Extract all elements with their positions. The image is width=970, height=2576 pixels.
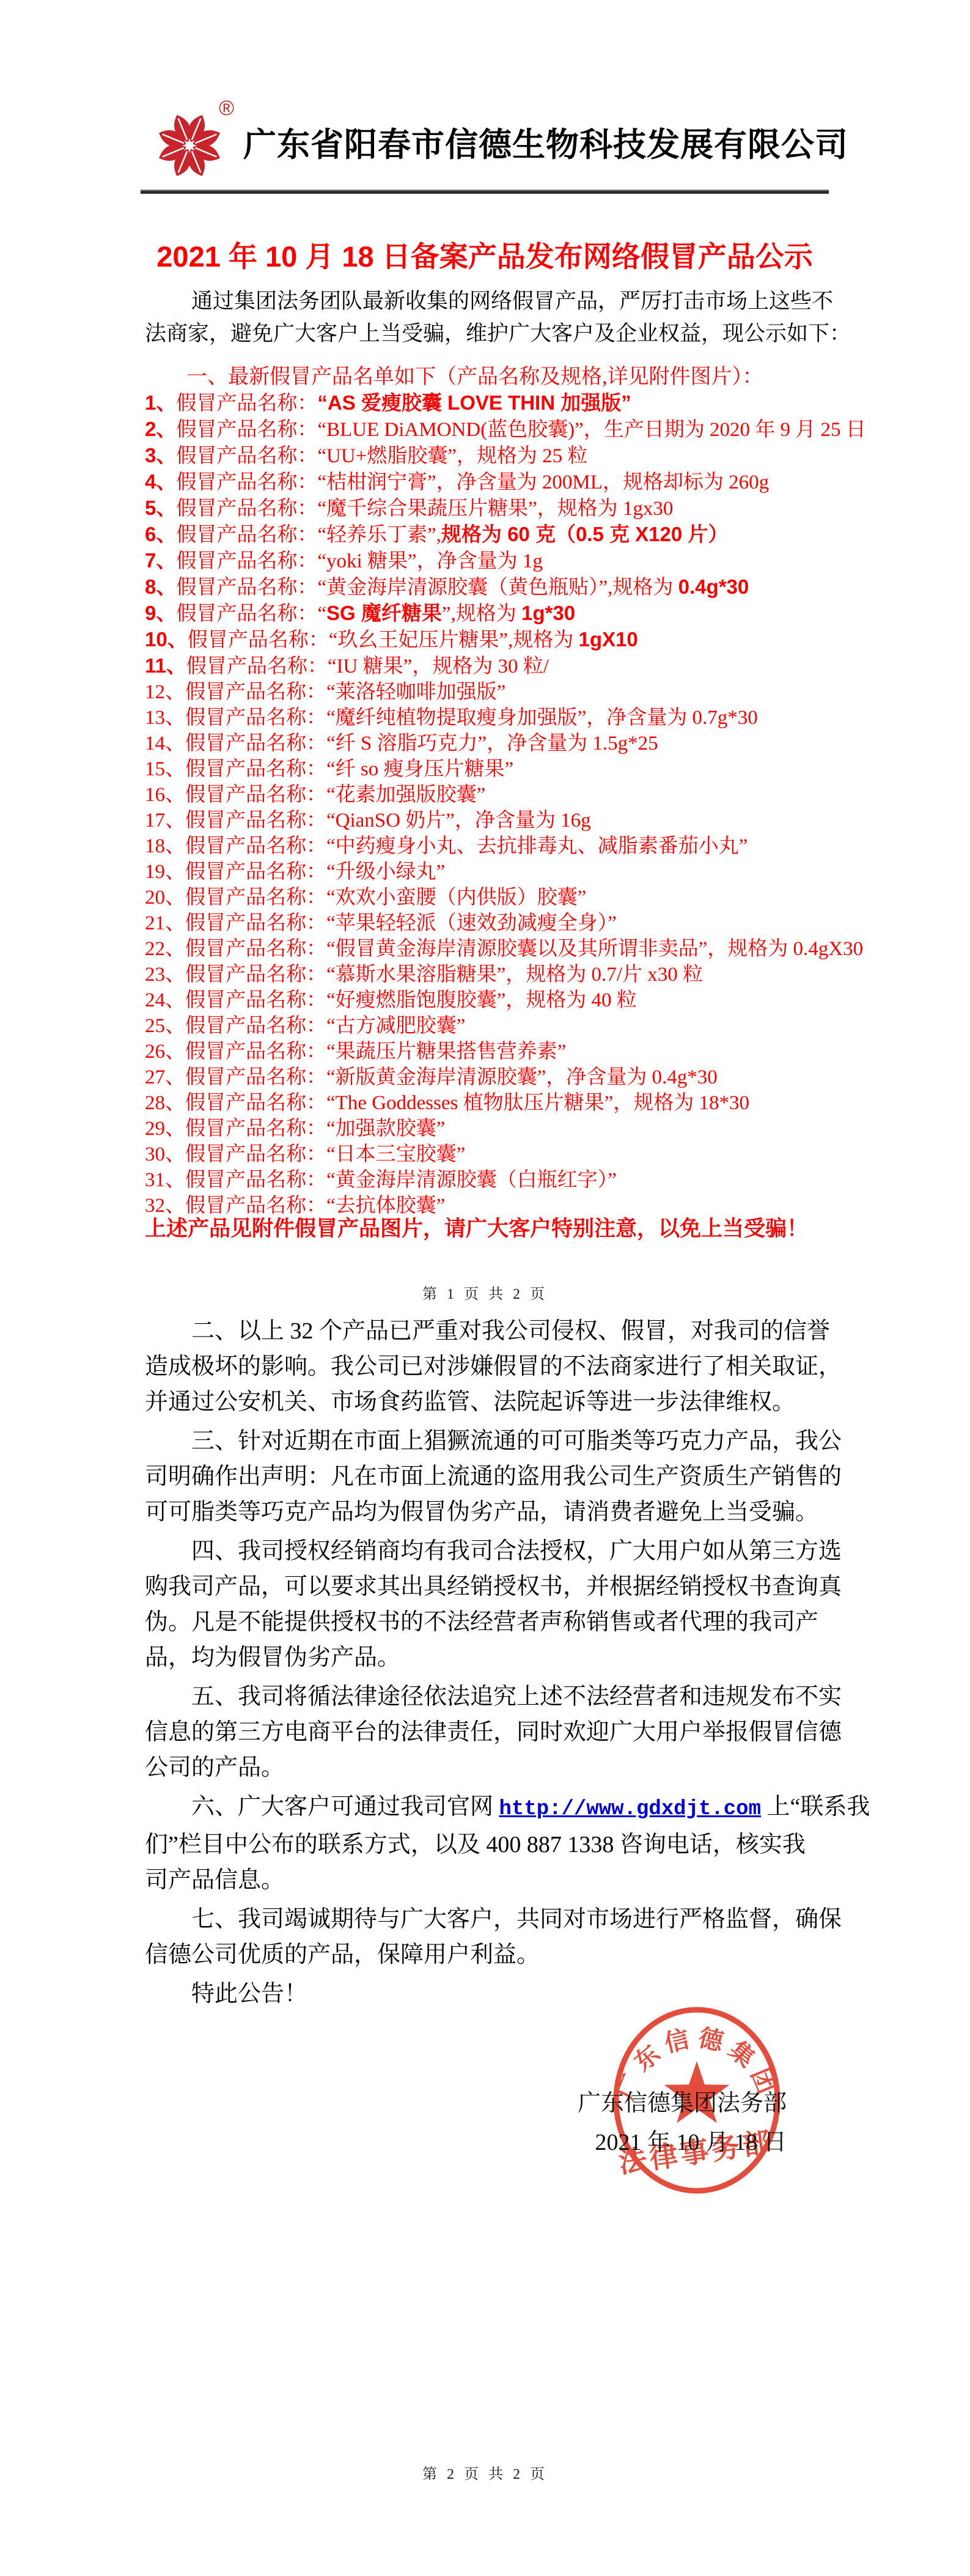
list-item: 21、假冒产品名称：“苹果轻轻派（速效劲减瘦全身）”	[145, 910, 832, 936]
paragraph-text: 司产品信息。	[145, 1867, 284, 1893]
paragraph-text: 二、以上 32 个产品已严重对我公司侵权、假冒，对我司的信誉	[191, 1318, 830, 1344]
list-item-number: 16、	[145, 784, 185, 806]
list-item: 12、假冒产品名称：“莱洛轻咖啡加强版”	[145, 679, 832, 705]
list-item: 26、假冒产品名称：“果蔬压片糖果搭售营养素”	[145, 1039, 832, 1065]
list-item-text: 假冒产品名称：“假冒黄金海岸清源胶囊以及其所谓非卖品”，规格为 0.4gX30	[185, 938, 863, 960]
list-item: 11、假冒产品名称：“IU 糖果”，规格为 30 粒/	[145, 653, 832, 679]
list-item: 24、假冒产品名称：“好瘦燃脂饱腹胶囊”，规格为 40 粒	[145, 987, 832, 1013]
list-item-number: 30、	[145, 1143, 185, 1165]
list-item: 5、假冒产品名称：“魔千综合果蔬压片糖果”，规格为 1gx30	[145, 495, 832, 522]
list-item-number: 22、	[145, 938, 185, 960]
list-item-number: 15、	[145, 758, 185, 780]
list-item: 28、假冒产品名称：“The Goddesses 植物肽压片糖果”，规格为 18…	[145, 1090, 832, 1116]
list-item-number: 9、	[145, 602, 176, 624]
list-item: 4、假冒产品名称：“桔柑润宁膏”，净含量为 200ML，规格却标为 260g	[145, 469, 832, 495]
list-item-number: 12、	[145, 681, 185, 703]
paragraph-text: 特此公告！	[191, 1981, 307, 2007]
list-item-number: 4、	[145, 470, 176, 493]
list-item: 8、假冒产品名称：“黄金海岸清源胶囊（黄色瓶贴）”,规格为 0.4g*30	[145, 574, 832, 600]
list-item-text: 假冒产品名称：“慕斯水果溶脂糖果”，规格为 0.7/片 x30 粒	[185, 964, 703, 986]
page1-footer: 第 1 页 共 2 页	[0, 1282, 970, 1303]
list-item-text: 假冒产品名称：“纤 so 瘦身压片糖果”	[185, 758, 513, 780]
list-item-text: 假冒产品名称：“纤 S 溶脂巧克力”，净含量为 1.5g*25	[185, 733, 658, 755]
paragraph-text: 上“联系我	[761, 1794, 870, 1820]
intro-line-2: 法商家，避免广大客户上当受骗，维护广大客户及企业权益，现公示如下：	[145, 317, 831, 350]
list-item-text: 假冒产品名称：“欢欢小蛮腰（内供版）胶囊”	[185, 887, 586, 909]
list-item-number: 8、	[145, 575, 176, 598]
list-item-number: 21、	[145, 912, 185, 934]
list-item: 2、假冒产品名称：“BLUE DiAMOND(蓝色胶囊)”，生产日期为 2020…	[145, 416, 832, 443]
list-item-text: 假冒产品名称：“The Goddesses 植物肽压片糖果”，规格为 18*30	[185, 1092, 749, 1114]
list-item: 13、假冒产品名称：“魔纤纯植物提取瘦身加强版”，净含量为 0.7g*30	[145, 705, 832, 731]
list-item: 6、假冒产品名称：“轻养乐丁素”,规格为 60 克（0.5 克 X120 片）	[145, 522, 832, 548]
list-item-text: 1gX10	[579, 628, 638, 651]
paragraph: 六、广大客户可通过我司官网 http://www.gdxdjt.com 上“联系…	[145, 1789, 831, 1898]
list-item-number: 23、	[145, 964, 185, 986]
list-item-text: “AS 爱瘦胶囊 LOVE THIN 加强版”	[317, 391, 631, 414]
list-item-text: 假冒产品名称：“黄金海岸清源胶囊（白瓶红字）”	[185, 1169, 617, 1191]
paragraph-text: 信息的第三方电商平台的法律责任，同时欢迎广大用户举报假冒信德	[145, 1719, 842, 1745]
paragraph-text: 四、我司授权经销商均有我司合法授权，广大用户如从第三方选	[191, 1538, 842, 1564]
list-item-text: 假冒产品名称：“古方减肥胶囊”	[185, 1015, 465, 1037]
list-item-number: 17、	[145, 810, 185, 832]
list-item-text: 假冒产品名称：“果蔬压片糖果搭售营养素”	[185, 1041, 566, 1063]
list-item-number: 1、	[145, 391, 176, 414]
list-item-text: 假冒产品名称：“轻养乐丁素”,	[176, 524, 441, 546]
page2-paragraphs: 二、以上 32 个产品已严重对我公司侵权、假冒，对我司的信誉造成极坏的影响。我公…	[145, 1313, 831, 2015]
paragraph-text: 三、针对近期在市面上猖獗流通的可可脂类等巧克力产品，我公	[191, 1428, 842, 1454]
signature-dept: 广东信德集团法务部	[578, 2084, 787, 2117]
list-item-number: 11、	[145, 654, 186, 677]
list-item-text: 假冒产品名称：“QianSO 奶片”，净含量为 16g	[185, 810, 591, 832]
paragraph-text: 可可脂类等巧克产品均为假冒伪劣产品，请消费者避免上当受骗。	[145, 1499, 818, 1525]
fake-product-list: 1、假冒产品名称：“AS 爱瘦胶囊 LOVE THIN 加强版”2、假冒产品名称…	[145, 390, 832, 1219]
list-item-text: 假冒产品名称：“玖幺王妃压片糖果”,规格为	[188, 629, 579, 651]
notice-title: 2021 年 10 月 18 日备案产品发布网络假冒产品公示	[139, 234, 830, 275]
paragraph-text: 并通过公安机关、市场食药监管、法院起诉等进一步法律维权。	[145, 1389, 795, 1415]
list-item-number: 28、	[145, 1092, 185, 1114]
paragraph-text: 公司的产品。	[145, 1755, 284, 1781]
list-item-number: 31、	[145, 1169, 185, 1191]
list-item-number: 20、	[145, 887, 185, 909]
list-item-text: 假冒产品名称：“日本三宝胶囊”	[185, 1143, 465, 1165]
list-item-number: 26、	[145, 1041, 185, 1063]
list-item: 31、假冒产品名称：“黄金海岸清源胶囊（白瓶红字）”	[145, 1167, 832, 1193]
paragraph: 四、我司授权经销商均有我司合法授权，广大用户如从第三方选购我司产品，可以要求其出…	[145, 1533, 831, 1675]
list-item-number: 24、	[145, 989, 185, 1011]
paragraph-text: 七、我司竭诚期待与广大客户，共同对市场进行严格监督，确保	[191, 1906, 842, 1932]
list-item-number: 3、	[145, 444, 176, 467]
paragraph: 二、以上 32 个产品已严重对我公司侵权、假冒，对我司的信誉造成极坏的影响。我公…	[145, 1313, 831, 1420]
paragraph-text: 们”栏目中公布的联系方式，以及 400 887 1338 咨询电话，核实我	[145, 1832, 806, 1858]
signature-date: 2021 年 10 月 18 日	[595, 2123, 787, 2157]
list-item: 9、假冒产品名称：“SG 魔纤糖果”,规格为 1g*30	[145, 600, 832, 627]
list-item: 23、假冒产品名称：“慕斯水果溶脂糖果”，规格为 0.7/片 x30 粒	[145, 962, 832, 987]
list-item: 3、假冒产品名称：“UU+燃脂胶囊”，规格为 25 粒	[145, 443, 832, 469]
list-item-text: 假冒产品名称：“IU 糖果”，规格为 30 粒/	[186, 655, 549, 677]
list-item-text: 假冒产品名称：“加强款胶囊”	[185, 1118, 445, 1140]
paragraph-text: 伪。凡是不能提供授权书的不法经营者声称销售或者代理的我司产	[145, 1609, 818, 1635]
company-flower-logo-icon	[155, 109, 224, 180]
list-item: 15、假冒产品名称：“纤 so 瘦身压片糖果”	[145, 756, 832, 782]
list-item-number: 18、	[145, 835, 185, 857]
list-item-number: 25、	[145, 1015, 185, 1037]
list-item: 25、假冒产品名称：“古方减肥胶囊”	[145, 1013, 832, 1039]
list-item-number: 19、	[145, 861, 185, 883]
paragraph-text: 购我司产品，可以要求其出具经销授权书，并根据经销授权书查询真	[145, 1574, 842, 1600]
paragraph-text: 司明确作出声明：凡在市面上流通的盗用我公司生产资质生产销售的	[145, 1464, 842, 1489]
list-heading: 一、最新假冒产品名单如下（产品名称及规格,详见附件图片）：	[145, 360, 831, 389]
list-item-text: SG 魔纤糖果	[326, 602, 442, 624]
registered-trademark-icon: ®	[219, 97, 234, 120]
list-item: 17、假冒产品名称：“QianSO 奶片”，净含量为 16g	[145, 808, 832, 833]
paragraph-text: 五、我司将循法律途径依法追究上述不法经营者和违规发布不实	[191, 1684, 842, 1710]
list-item-text: 假冒产品名称：“花素加强版胶囊”	[185, 784, 485, 806]
paragraph: 七、我司竭诚期待与广大客户，共同对市场进行严格监督，确保信德公司优质的产品，保障…	[145, 1902, 831, 1973]
list-item-text: 假冒产品名称：“好瘦燃脂饱腹胶囊”，规格为 40 粒	[185, 989, 637, 1011]
list-item-text: 1g*30	[521, 602, 575, 624]
list-item-number: 29、	[145, 1118, 185, 1140]
paragraph-text: 造成极坏的影响。我公司已对涉嫌假冒的不法商家进行了相关取证，	[145, 1354, 842, 1379]
list-item: 18、假冒产品名称：“中药瘦身小丸、去抗排毒丸、减脂素番茄小丸”	[145, 833, 832, 859]
list-item-text: 假冒产品名称：“yoki 糖果”，净含量为 1g	[176, 550, 542, 572]
official-site-link[interactable]: http://www.gdxdjt.com	[499, 1798, 761, 1821]
list-item-text: 假冒产品名称：“	[176, 603, 326, 625]
list-item-number: 14、	[145, 733, 185, 755]
list-item: 30、假冒产品名称：“日本三宝胶囊”	[145, 1142, 832, 1167]
list-item: 1、假冒产品名称：“AS 爱瘦胶囊 LOVE THIN 加强版”	[145, 390, 832, 416]
list-item-number: 27、	[145, 1066, 185, 1088]
list-item-text: 假冒产品名称：“BLUE DiAMOND(蓝色胶囊)”，生产日期为 2020 年…	[176, 419, 865, 441]
list-item: 16、假冒产品名称：“花素加强版胶囊”	[145, 782, 832, 808]
list-item-text: 假冒产品名称：“UU+燃脂胶囊”，规格为 25 粒	[176, 445, 587, 467]
list-item-text: 假冒产品名称：“升级小绿丸”	[185, 861, 445, 883]
list-item-text: 假冒产品名称：“中药瘦身小丸、去抗排毒丸、减脂素番茄小丸”	[185, 835, 748, 857]
paragraph: 三、针对近期在市面上猖獗流通的可可脂类等巧克力产品，我公司明确作出声明：凡在市面…	[145, 1423, 831, 1530]
intro-paragraph: 通过集团法务团队最新收集的网络假冒产品，严厉打击市场上这些不 法商家，避免广大客…	[145, 285, 831, 350]
notice-document: ® 广东省阳春市信德生物科技发展有限公司 2021 年 10 月 18 日备案产…	[0, 0, 970, 2576]
header-divider	[141, 190, 829, 194]
list-item-text: 假冒产品名称：“魔纤纯植物提取瘦身加强版”，净含量为 0.7g*30	[185, 707, 758, 729]
paragraph-text: 品，均为假冒伪劣产品。	[145, 1645, 400, 1670]
intro-line-1: 通过集团法务团队最新收集的网络假冒产品，严厉打击市场上这些不	[145, 285, 831, 317]
list-item-text: 0.4g*30	[678, 575, 749, 598]
page2-footer: 第 2 页 共 2 页	[0, 2462, 970, 2483]
list-item-text: 假冒产品名称：“苹果轻轻派（速效劲减瘦全身）”	[185, 912, 617, 934]
list-item-number: 6、	[145, 523, 176, 545]
list-item-number: 5、	[145, 496, 176, 519]
paragraph-text: 六、广大客户可通过我司官网	[191, 1794, 499, 1820]
list-item-text: 假冒产品名称：“魔千综合果蔬压片糖果”，规格为 1gx30	[176, 498, 673, 520]
list-item-number: 2、	[145, 418, 176, 440]
list-item: 22、假冒产品名称：“假冒黄金海岸清源胶囊以及其所谓非卖品”，规格为 0.4gX…	[145, 936, 832, 962]
list-item: 20、假冒产品名称：“欢欢小蛮腰（内供版）胶囊”	[145, 885, 832, 910]
company-name: 广东省阳春市信德生物科技发展有限公司	[243, 119, 831, 166]
list-item: 7、假冒产品名称：“yoki 糖果”，净含量为 1g	[145, 548, 832, 574]
list-item: 19、假冒产品名称：“升级小绿丸”	[145, 859, 832, 885]
warning-note: 上述产品见附件假冒产品图片，请广大客户特别注意，以免上当受骗！	[145, 1212, 832, 1242]
list-item-number: 13、	[145, 707, 185, 729]
paragraph-text: 信德公司优质的产品，保障用户利益。	[145, 1942, 540, 1968]
list-item-text: 假冒产品名称：	[176, 393, 317, 415]
list-item-text: 假冒产品名称：“黄金海岸清源胶囊（黄色瓶贴）”,规格为	[176, 577, 678, 599]
list-item: 14、假冒产品名称：“纤 S 溶脂巧克力”，净含量为 1.5g*25	[145, 731, 832, 756]
list-item-text: ”,规格为	[442, 603, 521, 625]
list-item-text: 假冒产品名称：“莱洛轻咖啡加强版”	[185, 681, 505, 703]
list-item-number: 7、	[145, 549, 176, 572]
list-item: 29、假冒产品名称：“加强款胶囊”	[145, 1116, 832, 1142]
list-item-text: 规格为 60 克（0.5 克 X120 片）	[441, 523, 729, 545]
paragraph: 五、我司将循法律途径依法追究上述不法经营者和违规发布不实信息的第三方电商平台的法…	[145, 1679, 831, 1785]
list-item: 27、假冒产品名称：“新版黄金海岸清源胶囊”，净含量为 0.4g*30	[145, 1065, 832, 1090]
list-item-text: 假冒产品名称：“新版黄金海岸清源胶囊”，净含量为 0.4g*30	[185, 1066, 718, 1088]
list-item-text: 假冒产品名称：“桔柑润宁膏”，净含量为 200ML，规格却标为 260g	[176, 471, 769, 493]
list-item-number: 10、	[145, 628, 188, 651]
list-item: 10、假冒产品名称：“玖幺王妃压片糖果”,规格为 1gX10	[145, 627, 832, 653]
